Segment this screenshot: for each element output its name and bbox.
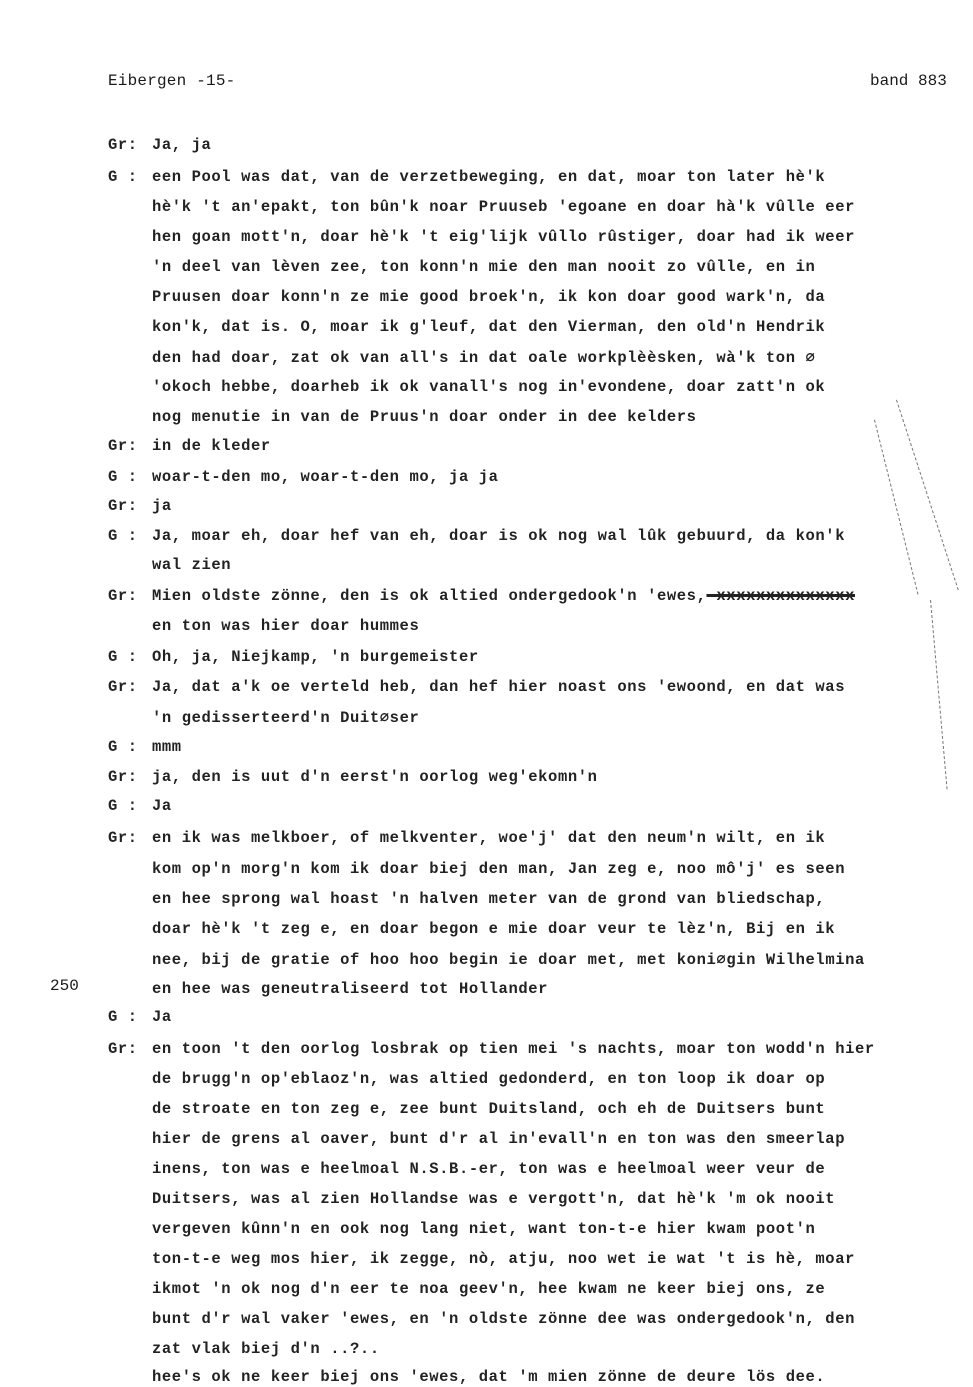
page-header-title: Eibergen -15-: [108, 72, 235, 90]
speaker-label: Gr:: [108, 587, 138, 605]
transcript-line-text: doar hè'k 't zeg e, en doar begon e mie …: [152, 920, 835, 938]
transcript-line-text: Mien oldste zönne, den is ok altied onde…: [152, 587, 706, 605]
transcript-line-text: en toon 't den oorlog losbrak op tien me…: [152, 1040, 875, 1058]
transcript-line: Ja, moar eh, doar hef van eh, doar is ok…: [152, 527, 845, 545]
transcript-line: Ja: [152, 797, 172, 815]
transcript-line: hè'k 't an'epakt, ton bûn'k noar Pruuseb…: [152, 198, 855, 216]
transcript-line-text: Ja, ja: [152, 136, 211, 154]
speaker-label: Gr:: [108, 768, 138, 786]
transcript-line-text: 'n deel van lèven zee, ton konn'n mie de…: [152, 258, 815, 276]
transcript-line: de stroate en ton zeg e, zee bunt Duitsl…: [152, 1100, 825, 1118]
transcript-line: 'okoch hebbe, doarheb ik ok vanall's nog…: [152, 378, 825, 396]
transcript-line: mmm: [152, 738, 182, 756]
transcript-line-text: nog menutie in van de Pruus'n doar onder…: [152, 408, 697, 426]
transcript-line: hee's ok ne keer biej ons 'ewes, dat 'm …: [152, 1368, 825, 1386]
transcript-line-text: nee, bij de gratie of hoo hoo begin ie d…: [152, 951, 865, 969]
transcript-line-text: 'okoch hebbe, doarheb ik ok vanall's nog…: [152, 378, 825, 396]
transcript-line: kom op'n morg'n kom ik doar biej den man…: [152, 860, 845, 878]
transcript-line-text: den had doar, zat ok van all's in dat oa…: [152, 349, 815, 367]
speaker-label: G :: [108, 648, 138, 666]
typewritten-transcript-page: Eibergen -15- band 883 250 Gr:Ja, jaG :e…: [0, 0, 973, 1387]
margin-counter-marker: 250: [50, 977, 79, 995]
transcript-line-text: bunt d'r wal vaker 'ewes, en 'n oldste z…: [152, 1310, 855, 1328]
transcript-line: ikmot 'n ok nog d'n eer te noa geev'n, h…: [152, 1280, 825, 1298]
transcript-line: Ja, ja: [152, 136, 211, 154]
speaker-label: Gr:: [108, 497, 138, 515]
transcript-line: en hee was geneutraliseerd tot Hollander: [152, 980, 548, 998]
transcript-line: Ja, dat a'k oe verteld heb, dan hef hier…: [152, 678, 845, 696]
transcript-line-text: Ja: [152, 797, 172, 815]
transcript-line-text: zat vlak biej d'n ..?..: [152, 1340, 380, 1358]
transcript-line-text: Ja, moar eh, doar hef van eh, doar is ok…: [152, 527, 845, 545]
transcript-line-text: ja: [152, 497, 172, 515]
transcript-line-text: hee's ok ne keer biej ons 'ewes, dat 'm …: [152, 1368, 825, 1386]
transcript-line: ja, den is uut d'n eerst'n oorlog weg'ek…: [152, 768, 598, 786]
transcript-line-text: ikmot 'n ok nog d'n eer te noa geev'n, h…: [152, 1280, 825, 1298]
transcript-line-text: kom op'n morg'n kom ik doar biej den man…: [152, 860, 845, 878]
transcript-line-text: woar-t-den mo, woar-t-den mo, ja ja: [152, 468, 499, 486]
transcript-line: den had doar, zat ok van all's in dat oa…: [152, 348, 815, 367]
speaker-label: Gr:: [108, 678, 138, 696]
transcript-line: ja: [152, 497, 172, 515]
speaker-label: Gr:: [108, 1040, 138, 1058]
transcript-line-text: de stroate en ton zeg e, zee bunt Duitsl…: [152, 1100, 825, 1118]
speaker-label: Gr:: [108, 136, 138, 154]
transcript-line-text: Pruusen doar konn'n ze mie good broek'n,…: [152, 288, 825, 306]
transcript-line-text: Duitsers, was al zien Hollandse was e ve…: [152, 1190, 835, 1208]
transcript-line-text: wal zien: [152, 556, 231, 574]
transcript-line: inens, ton was e heelmoal N.S.B.-er, ton…: [152, 1160, 825, 1178]
transcript-line: en toon 't den oorlog losbrak op tien me…: [152, 1040, 875, 1058]
transcript-line-text: en ik was melkboer, of melkventer, woe'j…: [152, 829, 825, 847]
speaker-label: G :: [108, 468, 138, 486]
transcript-line: kon'k, dat is. O, moar ik g'leuf, dat de…: [152, 318, 825, 336]
transcript-line: wal zien: [152, 556, 231, 574]
transcript-line-text: de brugg'n op'eblaoz'n, was altied gedon…: [152, 1070, 825, 1088]
transcript-line-text: mmm: [152, 738, 182, 756]
transcript-line-text: hen goan mott'n, doar hè'k 't eig'lijk v…: [152, 228, 855, 246]
transcript-line: vergeven kûnn'n en ook nog lang niet, wa…: [152, 1220, 815, 1238]
transcript-line: hen goan mott'n, doar hè'k 't eig'lijk v…: [152, 228, 855, 246]
transcript-line: Mien oldste zönne, den is ok altied onde…: [152, 587, 855, 605]
transcript-line: 'n gedisserteerd'n Duit∅ser: [152, 708, 419, 727]
speaker-label: G :: [108, 1008, 138, 1026]
transcript-line: hier de grens al oaver, bunt d'r al in'e…: [152, 1130, 845, 1148]
transcript-line-text: en hee sprong wal hoast 'n halven meter …: [152, 890, 825, 908]
transcript-line: een Pool was dat, van de verzetbeweging,…: [152, 168, 825, 186]
transcript-line: nee, bij de gratie of hoo hoo begin ie d…: [152, 950, 865, 969]
transcript-line: 'n deel van lèven zee, ton konn'n mie de…: [152, 258, 815, 276]
transcript-line: doar hè'k 't zeg e, en doar begon e mie …: [152, 920, 835, 938]
speaker-label: G :: [108, 797, 138, 815]
transcript-line: Oh, ja, Niejkamp, 'n burgemeister: [152, 648, 479, 666]
transcript-line: Ja: [152, 1008, 172, 1026]
transcript-line: Duitsers, was al zien Hollandse was e ve…: [152, 1190, 835, 1208]
transcript-line: de brugg'n op'eblaoz'n, was altied gedon…: [152, 1070, 825, 1088]
transcript-line: woar-t-den mo, woar-t-den mo, ja ja: [152, 468, 499, 486]
transcript-line-text: ton-t-e weg mos hier, ik zegge, nò, atju…: [152, 1250, 855, 1268]
paper-edge-line: [930, 600, 948, 789]
transcript-line: in de kleder: [152, 437, 271, 455]
paper-fold-line: [896, 400, 959, 591]
speaker-label: Gr:: [108, 829, 138, 847]
page-header-tape-number: band 883: [870, 72, 947, 90]
transcript-line-text: kon'k, dat is. O, moar ik g'leuf, dat de…: [152, 318, 825, 336]
transcript-line-text: vergeven kûnn'n en ook nog lang niet, wa…: [152, 1220, 815, 1238]
transcript-line-text: in de kleder: [152, 437, 271, 455]
transcript-line-text: Oh, ja, Niejkamp, 'n burgemeister: [152, 648, 479, 666]
transcript-line: bunt d'r wal vaker 'ewes, en 'n oldste z…: [152, 1310, 855, 1328]
transcript-line-text: en hee was geneutraliseerd tot Hollander: [152, 980, 548, 998]
transcript-line: en hee sprong wal hoast 'n halven meter …: [152, 890, 825, 908]
speaker-label: Gr:: [108, 437, 138, 455]
transcript-line-text: hè'k 't an'epakt, ton bûn'k noar Pruuseb…: [152, 198, 855, 216]
transcript-line-text: inens, ton was e heelmoal N.S.B.-er, ton…: [152, 1160, 825, 1178]
transcript-line: en ik was melkboer, of melkventer, woe'j…: [152, 829, 825, 847]
transcript-line-text: hier de grens al oaver, bunt d'r al in'e…: [152, 1130, 845, 1148]
transcript-line: zat vlak biej d'n ..?..: [152, 1340, 380, 1358]
transcript-line: ton-t-e weg mos hier, ik zegge, nò, atju…: [152, 1250, 855, 1268]
transcript-line-text: ja, den is uut d'n eerst'n oorlog weg'ek…: [152, 768, 598, 786]
transcript-line-text: 'n gedisserteerd'n Duit∅ser: [152, 709, 419, 727]
transcript-line-text: Ja: [152, 1008, 172, 1026]
transcript-line: Pruusen doar konn'n ze mie good broek'n,…: [152, 288, 825, 306]
struck-out-text: xxxxxxxxxxxxxx: [706, 587, 855, 605]
transcript-line: en ton was hier doar hummes: [152, 617, 419, 635]
speaker-label: G :: [108, 168, 138, 186]
transcript-line-text: en ton was hier doar hummes: [152, 617, 419, 635]
transcript-line: nog menutie in van de Pruus'n doar onder…: [152, 408, 697, 426]
speaker-label: G :: [108, 738, 138, 756]
transcript-line-text: Ja, dat a'k oe verteld heb, dan hef hier…: [152, 678, 845, 696]
transcript-line-text: een Pool was dat, van de verzetbeweging,…: [152, 168, 825, 186]
speaker-label: G :: [108, 527, 138, 545]
